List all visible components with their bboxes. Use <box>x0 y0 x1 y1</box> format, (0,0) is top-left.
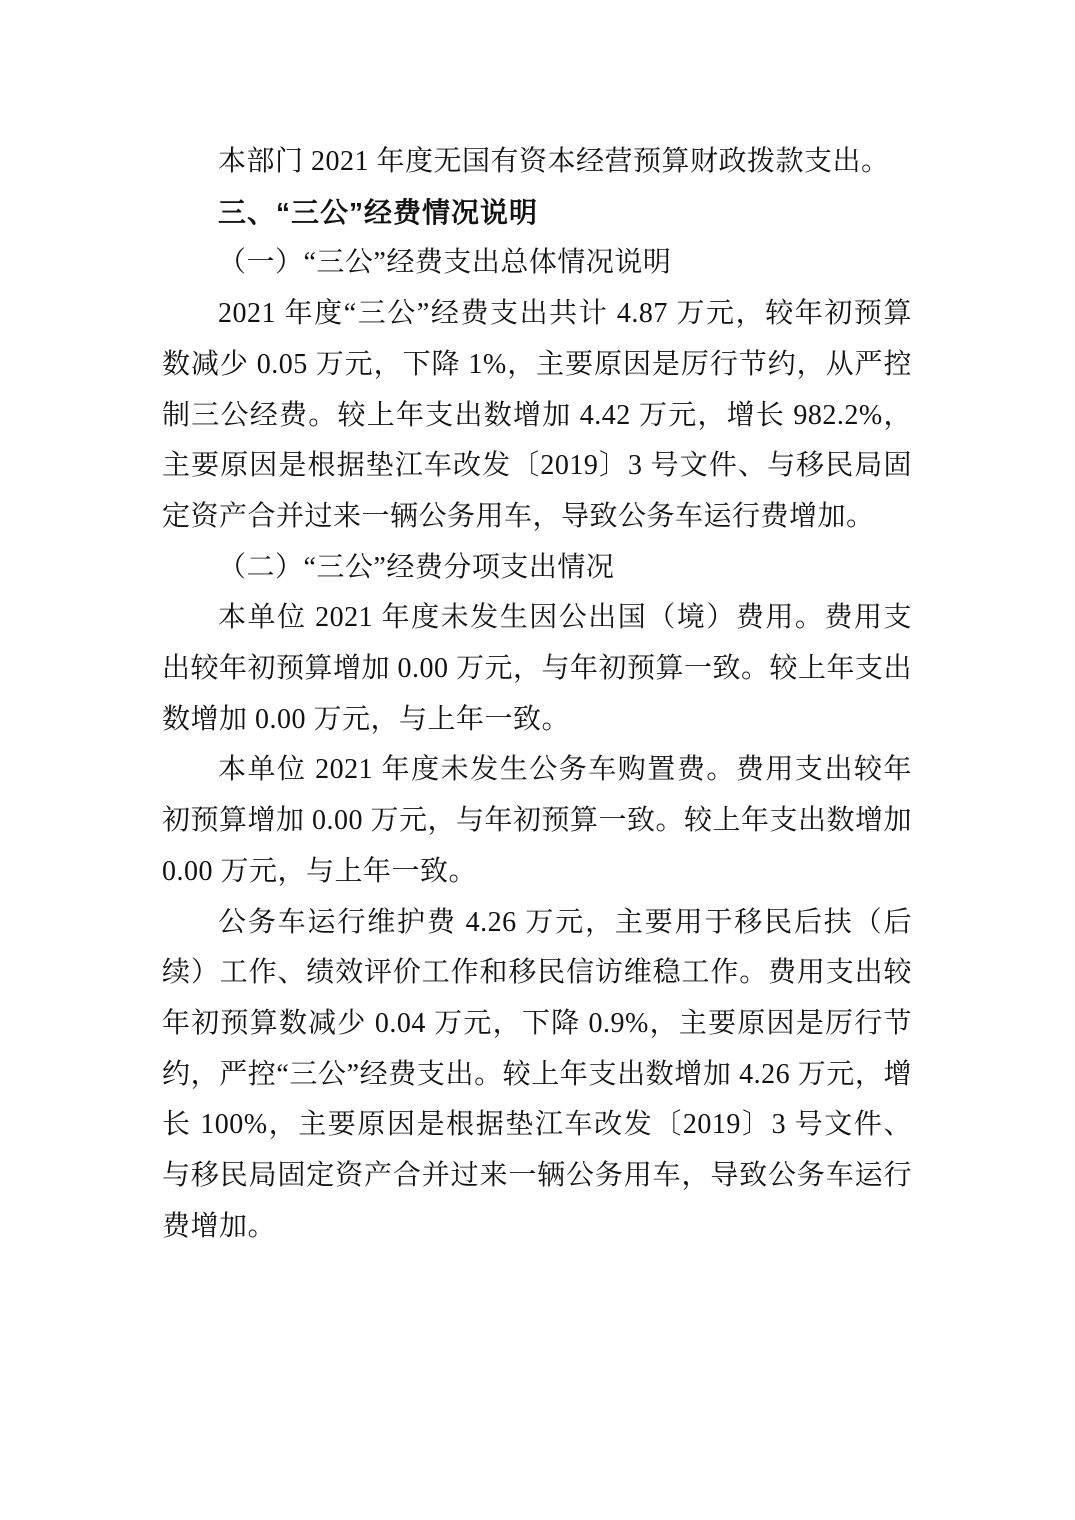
subsection-heading-overall-expense: （一）“三公”经费支出总体情况说明 <box>162 238 912 289</box>
paragraph-overall-expense-detail: 2021 年度“三公”经费支出共计 4.87 万元，较年初预算数减少 0.05 … <box>162 289 912 543</box>
paragraph-vehicle-purchase-expense: 本单位 2021 年度未发生公务车购置费。费用支出较年初预算增加 0.00 万元… <box>162 745 912 897</box>
paragraph-vehicle-operation-expense: 公务车运行维护费 4.26 万元，主要用于移民后扶（后续）工作、绩效评价工作和移… <box>162 898 912 1253</box>
section-heading-three-public-expenses: 三、“三公”经费情况说明 <box>162 188 912 239</box>
paragraph-state-capital-budget: 本部门 2021 年度无国有资本经营预算财政拨款支出。 <box>162 137 912 188</box>
subsection-heading-itemized-expense: （二）“三公”经费分项支出情况 <box>162 543 912 594</box>
paragraph-overseas-travel-expense: 本单位 2021 年度未发生因公出国（境）费用。费用支出较年初预算增加 0.00… <box>162 593 912 745</box>
text-column: 本部门 2021 年度无国有资本经营预算财政拨款支出。 三、“三公”经费情况说明… <box>162 137 912 1252</box>
document-page: 本部门 2021 年度无国有资本经营预算财政拨款支出。 三、“三公”经费情况说明… <box>0 0 1075 1520</box>
